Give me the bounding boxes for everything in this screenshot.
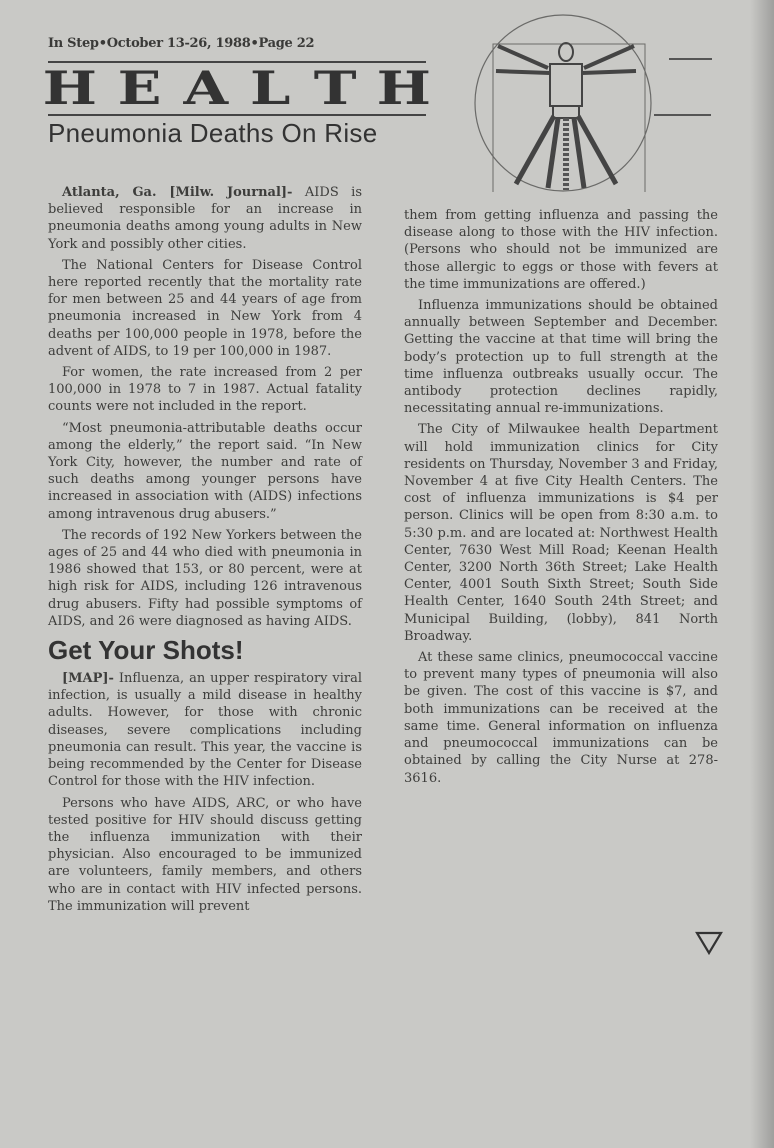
page-dateline: In Step•October 13-26, 1988•Page 22 [48, 36, 314, 51]
article-paragraph: Atlanta, Ga. [Milw. Journal]- AIDS is be… [48, 184, 362, 253]
article-paragraph: The records of 192 New Yorkers between t… [48, 527, 362, 630]
article-paragraph: “Most pneumonia-attributable deaths occu… [48, 420, 362, 523]
article-paragraph: Influenza immunizations should be obtain… [404, 297, 718, 417]
article-paragraph: Persons who have AIDS, ARC, or who have … [48, 795, 362, 915]
article-paragraph: At these same clinics, pneumococcal vacc… [404, 649, 718, 787]
section-letter: H [377, 65, 431, 111]
article-paragraph: The City of Milwaukee health Department … [404, 421, 718, 645]
vitruvian-man-icon [468, 8, 658, 192]
decorative-rule [669, 58, 712, 60]
article-column-1: Atlanta, Ga. [Milw. Journal]- AIDS is be… [48, 184, 362, 919]
headline-pneumonia-deaths: Pneumonia Deaths On Rise [48, 118, 378, 148]
article-column-2: them from getting influenza and passing … [404, 207, 718, 791]
article-paragraph: For women, the rate increased from 2 per… [48, 364, 362, 416]
article-paragraph: The National Centers for Disease Control… [48, 257, 362, 360]
article-source: Atlanta, Ga. [Milw. Journal]- [62, 185, 292, 200]
section-letter: T [313, 65, 356, 111]
article-paragraph: [MAP]- Influenza, an upper respiratory v… [48, 670, 362, 790]
page-edge-shadow [750, 0, 774, 1148]
article-source: [MAP]- [62, 671, 114, 686]
header-rule-bottom [48, 114, 426, 116]
section-title-health: H E A L T H [48, 63, 426, 113]
section-letter: L [250, 65, 290, 111]
section-letter: H [43, 65, 97, 111]
headline-get-your-shots: Get Your Shots! [48, 634, 362, 666]
section-letter: E [118, 65, 162, 111]
decorative-rule [654, 114, 711, 116]
down-triangle-icon [694, 930, 724, 956]
section-letter: A [184, 65, 229, 111]
article-paragraph-continued: them from getting influenza and passing … [404, 207, 718, 293]
